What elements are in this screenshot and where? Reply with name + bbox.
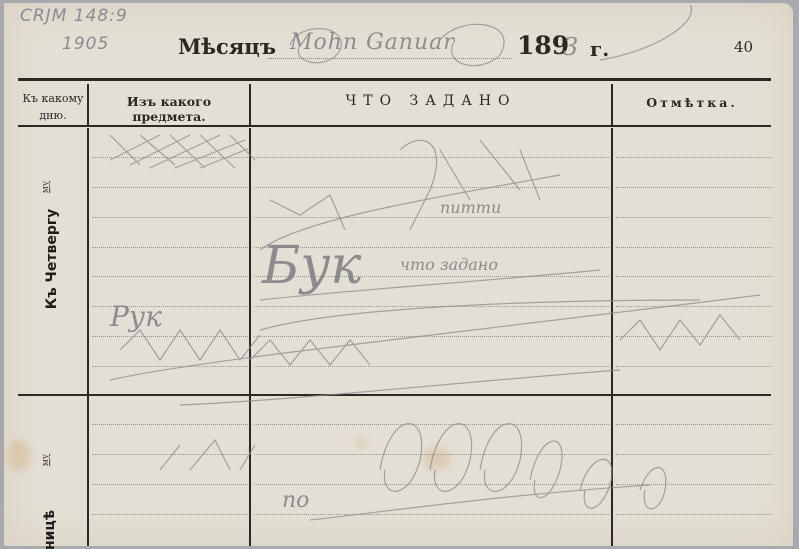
writing-line (254, 366, 609, 367)
writing-line (92, 157, 248, 158)
writing-line (616, 217, 772, 218)
writing-line (616, 484, 772, 485)
stain (357, 438, 367, 448)
writing-line (616, 424, 772, 425)
row-1-assigned-handwritten-main: Бук (262, 236, 361, 296)
writing-line (616, 187, 772, 188)
writing-line (254, 424, 609, 425)
row-2-day-suffix: му (41, 454, 51, 466)
writing-line (616, 336, 772, 337)
stain (8, 440, 30, 470)
month-handwritten: Mohn Ganuar (290, 30, 455, 55)
column-divider (87, 128, 89, 546)
writing-line (92, 217, 248, 218)
writing-line (616, 454, 772, 455)
page-number: 40 (734, 38, 753, 56)
archive-note-line2: 1905 (62, 34, 109, 54)
row-1-subject-handwritten: Рук (110, 300, 162, 333)
writing-line (254, 157, 609, 158)
column-divider (611, 128, 613, 546)
archive-note-line1: CRJM 148:9 (20, 6, 128, 26)
writing-line (92, 514, 248, 515)
writing-line (92, 187, 248, 188)
writing-line (92, 366, 248, 367)
writing-line (92, 247, 248, 248)
table-top-rule (18, 78, 771, 81)
column-divider (249, 128, 251, 546)
row-2-day-label: ницѣ (42, 500, 60, 549)
row-1-assigned-handwritten-note: что задано (400, 255, 498, 274)
table-header-rule (18, 125, 771, 127)
row-2-assigned-handwritten-po: по (282, 488, 309, 513)
writing-line (616, 306, 772, 307)
row-divider-rule (18, 394, 771, 396)
writing-line (254, 484, 609, 485)
year-handwritten: 3 (563, 33, 578, 61)
column-header-day: Къ какому дню. (20, 90, 86, 124)
writing-line (254, 306, 609, 307)
column-header-mark: Отмѣтка. (614, 95, 770, 110)
column-header-day-line1: Къ какому (20, 90, 86, 107)
writing-line (616, 514, 772, 515)
writing-line (254, 187, 609, 188)
column-divider (611, 84, 613, 126)
writing-line (254, 514, 609, 515)
writing-line (616, 247, 772, 248)
writing-line (92, 484, 248, 485)
row-1-assigned-handwritten-word: питти (440, 198, 501, 217)
writing-line (254, 217, 609, 218)
year-prefix: 189 (517, 31, 569, 60)
row-1-day-label: Къ Четвергу (44, 204, 62, 314)
writing-line (92, 336, 248, 337)
writing-line (616, 276, 772, 277)
month-fill-line (268, 58, 512, 59)
column-header-assigned: ЧТО ЗАДАНО (251, 93, 611, 109)
writing-line (92, 454, 248, 455)
column-header-day-line2: дню. (20, 107, 86, 124)
month-label: Мѣсяцъ (178, 34, 276, 59)
writing-line (616, 157, 772, 158)
column-header-subject: Изъ какого предмета. (89, 94, 249, 124)
row-1-day-suffix: му (41, 181, 51, 193)
year-suffix: г. (590, 37, 609, 61)
writing-line (616, 366, 772, 367)
stain (424, 448, 450, 470)
writing-line (92, 424, 248, 425)
document-sheet (4, 3, 793, 546)
writing-line (92, 276, 248, 277)
writing-line (254, 336, 609, 337)
writing-line (254, 454, 609, 455)
